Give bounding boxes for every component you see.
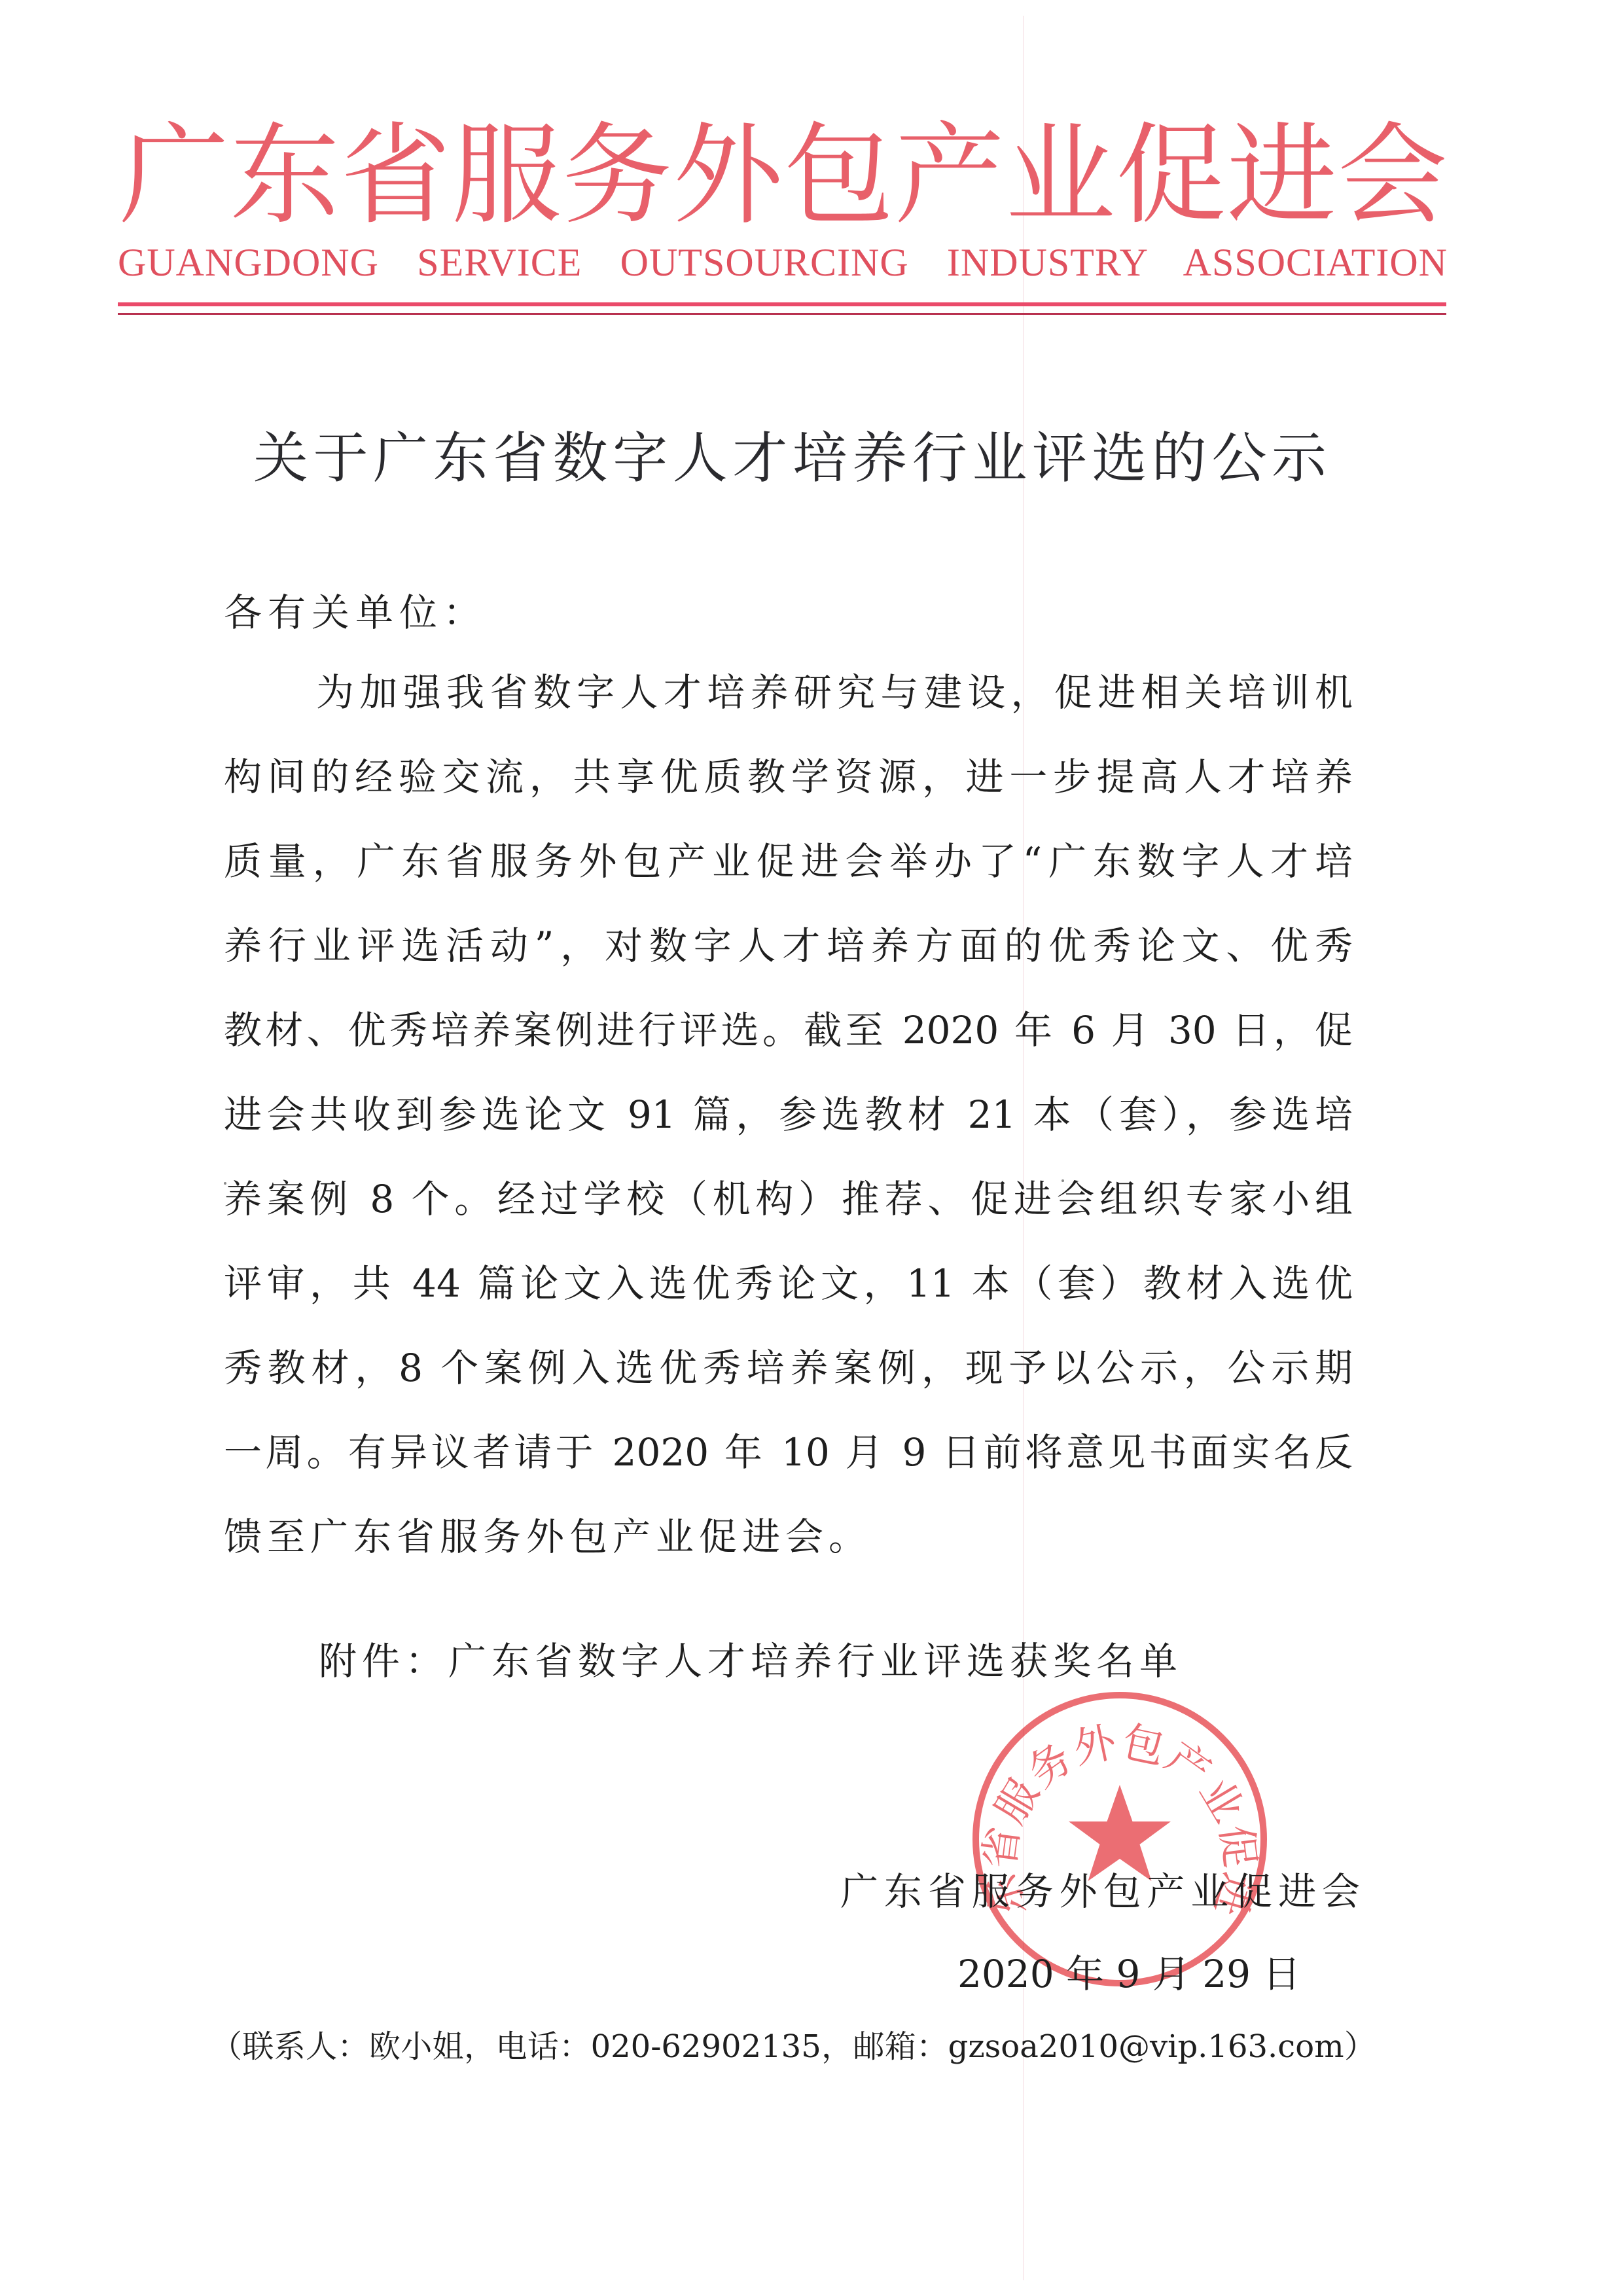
body-line: 教材、优秀培养案例进行评选。截至 2020 年 6 月 30 日，促	[224, 1004, 1353, 1056]
contact-info: （联系人：欧小姐，电话：020-62902135，邮箱：gzsoa2010@vi…	[211, 2024, 1376, 2070]
letterhead-rule-thick	[118, 302, 1446, 306]
signature-date: 2020 年 9 月 29 日	[957, 1948, 1287, 2000]
body-line: 养案例 8 个。经过学校（机构）推荐、促进会组织专家小组	[224, 1173, 1353, 1225]
letterhead-rule-thin	[118, 313, 1446, 315]
signature-org: 广东省服务外包产业促进会	[840, 1865, 1360, 1918]
body-line: 构间的经验交流，共享优质教学资源，进一步提高人才培养	[224, 751, 1353, 803]
body-line: 评审，共 44 篇论文入选优秀论文，11 本（套）教材入选优	[224, 1257, 1353, 1310]
letterhead-org-name-en: GUANGDONG SERVICE OUTSOURCING INDUSTRY A…	[118, 240, 1448, 285]
body-line: 进会共收到参选论文 91 篇，参选教材 21 本（套），参选培	[224, 1088, 1353, 1141]
document-title: 关于广东省数字人才培养行业评选的公示	[253, 419, 1327, 497]
body-line: 为加强我省数字人才培养研究与建设，促进相关培训机	[316, 666, 1353, 719]
attachment-note: 附件：广东省数字人才培养行业评选获奖名单	[319, 1635, 1183, 1687]
body-line: 养行业评选活动”，对数字人才培养方面的优秀论文、优秀	[224, 920, 1353, 972]
body-line: 一周。有异议者请于 2020 年 10 月 9 日前将意见书面实名反	[224, 1426, 1353, 1479]
body-line: 馈至广东省服务外包产业促进会。	[224, 1511, 1353, 1563]
official-seal: 广东省服务外包产业促进会	[971, 1690, 1269, 1988]
body-line: 秀教材，8 个案例入选优秀培养案例，现予以公示，公示期	[224, 1342, 1353, 1394]
letterhead-org-name-cn: 广东省服务外包产业促进会	[119, 110, 1448, 241]
body-line: 质量，广东省服务外包产业促进会举办了“广东数字人才培	[224, 835, 1353, 888]
salutation: 各有关单位：	[224, 586, 487, 639]
